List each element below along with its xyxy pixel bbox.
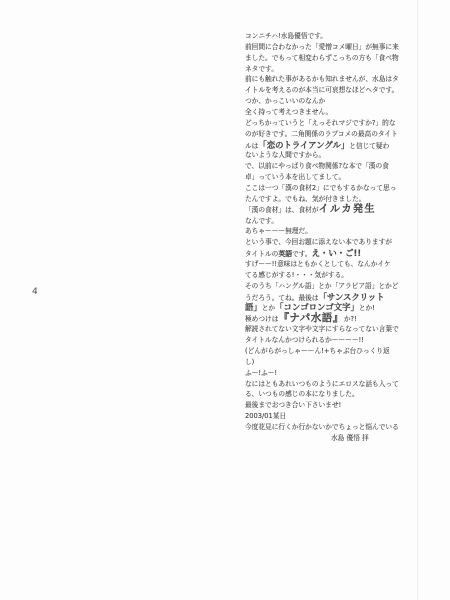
margin-mark: 4 bbox=[32, 287, 38, 297]
text-segment: タイトルなんかつけられるかーーーー!! bbox=[245, 336, 364, 344]
text-segment: 解読されてない文字や文字にすらなってない言葉で bbox=[245, 325, 399, 333]
text-segment: イトルを考えるのが本当に可哀想なほどヘタです。 bbox=[245, 86, 398, 94]
text-line: 今度花見に行くか行かないかでちょっと悩んでいる bbox=[245, 422, 411, 433]
text-line: ました。でもって相変わらずこっちの方も「食べ物 bbox=[245, 53, 411, 64]
text-segment: すげーー!!意味はともかくとしても、なんかイケ bbox=[245, 260, 391, 268]
text-segment: か?! bbox=[344, 315, 357, 323]
text-segment: とか bbox=[262, 304, 275, 312]
text-segment: なにはともあれいつものようにエロスな話も入って bbox=[245, 380, 399, 388]
text-segment: 「漢の食材」は、食材が bbox=[245, 206, 319, 214]
text-segment: そのうち「ハングル語」とか「アラビア語」とかど bbox=[245, 282, 398, 290]
text-line: のが好きです。二角関係のラブコメの最高のタイト bbox=[245, 129, 411, 140]
text-segment: 語」 bbox=[245, 302, 262, 312]
text-line: ここは一つ「漢の食材2」にでもするかなって思っ bbox=[245, 183, 411, 194]
text-segment: です。 bbox=[292, 250, 312, 258]
text-line: てる感じがする!・・・気がする。 bbox=[245, 270, 411, 281]
text-line: コンニチハ!水島優悟です。 bbox=[245, 31, 411, 42]
text-line: どっちかっていうと「えっそれマジですか?」的な bbox=[245, 118, 411, 129]
text-segment: 前にも触れた事があるかも知れませんが、水島はタ bbox=[245, 75, 399, 83]
text-line: なにはともあれいつものようにエロスな話も入って bbox=[245, 379, 411, 390]
text-line: ネタです。 bbox=[245, 64, 411, 75]
text-segment: 極めつけは bbox=[245, 315, 278, 323]
text-line: なんです。 bbox=[245, 216, 411, 227]
text-line: 水島 優悟 拝 bbox=[245, 433, 411, 444]
text-line: ルは「恋のトライアングル」と信じて疑わ bbox=[245, 140, 411, 151]
text-segment: イルカ発生 bbox=[319, 204, 377, 215]
text-segment: たんですよ。でもね、気が付きました。 bbox=[245, 195, 365, 203]
text-segment: ました。でもって相変わらずこっちの方も「食べ物 bbox=[245, 54, 399, 62]
text-segment: 全く持って考えつきません。 bbox=[245, 108, 332, 116]
afterword-text-block: コンニチハ!水島優悟です。前回間に合わなかった「愛憎コメ曜日」が無事に来ました。… bbox=[245, 31, 411, 444]
text-segment: 『ナパ水語』 bbox=[278, 312, 343, 324]
text-line: 最後までおつき合い下さいませ! bbox=[245, 400, 411, 411]
text-segment: (どんがらがっしゃーーん!+ちゃぶ台ひっくり返 bbox=[245, 347, 390, 355]
text-line: 前にも触れた事があるかも知れませんが、水島はタ bbox=[245, 74, 411, 85]
text-segment: 水島 優悟 拝 bbox=[331, 434, 369, 442]
text-segment: うだろう。てね。最後は bbox=[245, 294, 319, 302]
text-line: 卓」っていう本を出してまして。 bbox=[245, 172, 411, 183]
page-edge-line bbox=[417, 0, 418, 600]
text-segment: てる感じがする!・・・気がする。 bbox=[245, 271, 348, 279]
text-segment: タイトルの bbox=[245, 250, 278, 258]
text-segment: 卓」っていう本を出してまして。 bbox=[245, 173, 345, 181]
scanned-page: 4 コンニチハ!水島優悟です。前回間に合わなかった「愛憎コメ曜日」が無事に来まし… bbox=[0, 0, 450, 600]
text-segment: ここは一つ「漢の食材2」にでもするかなって思っ bbox=[245, 184, 396, 192]
text-segment: し) bbox=[245, 358, 254, 366]
text-segment: なんです。 bbox=[245, 217, 278, 225]
text-line: し) bbox=[245, 357, 411, 368]
text-line: 前回間に合わなかった「愛憎コメ曜日」が無事に来 bbox=[245, 42, 411, 53]
text-line: 極めつけは『ナパ水語』か?! bbox=[245, 313, 411, 324]
text-line: で、以前にやっぱり食べ物関係?な本で「漢の食 bbox=[245, 161, 411, 172]
text-line: タイトルの英語です。え・い・ご!! bbox=[245, 248, 411, 259]
text-line: ふー!ふー! bbox=[245, 368, 411, 379]
text-segment: 英語 bbox=[278, 250, 292, 258]
text-line: という事で、今回お題に添えない本でありますが bbox=[245, 237, 411, 248]
text-segment: とか! bbox=[359, 304, 375, 312]
text-segment: どっちかっていうと「えっそれマジですか?」的な bbox=[245, 119, 396, 127]
text-segment: 最後までおつき合い下さいませ! bbox=[245, 401, 341, 409]
text-line: あちゃーーー無理だ。 bbox=[245, 226, 411, 237]
text-segment: という事で、今回お題に添えない本でありますが bbox=[245, 238, 392, 246]
text-segment: と信じて疑わ bbox=[349, 142, 389, 150]
text-segment: ネタです。 bbox=[245, 65, 278, 73]
text-segment: る、いつもの感じの本になりました。 bbox=[245, 390, 359, 398]
text-line: る、いつもの感じの本になりました。 bbox=[245, 389, 411, 400]
text-line: (どんがらがっしゃーーん!+ちゃぶ台ひっくり返 bbox=[245, 346, 411, 357]
text-segment: 「恋のトライアングル」 bbox=[258, 140, 349, 150]
text-line: 全く持って考えつきません。 bbox=[245, 107, 411, 118]
text-line: 解読されてない文字や文字にすらなってない言葉で bbox=[245, 324, 411, 335]
text-line: ないような人間ですから。 bbox=[245, 150, 411, 161]
text-segment: ルは bbox=[245, 142, 258, 150]
text-segment: のが好きです。二角関係のラブコメの最高のタイト bbox=[245, 130, 398, 138]
text-segment: 「サンスクリット bbox=[319, 292, 385, 302]
text-line: つか、かっこいいのなんか bbox=[245, 96, 411, 107]
text-line: イトルを考えるのが本当に可哀想なほどヘタです。 bbox=[245, 85, 411, 96]
text-segment: あちゃーーー無理だ。 bbox=[245, 227, 312, 235]
text-segment: つか、かっこいいのなんか bbox=[245, 97, 325, 105]
afterword-lines: コンニチハ!水島優悟です。前回間に合わなかった「愛憎コメ曜日」が無事に来ました。… bbox=[245, 31, 411, 444]
text-segment: え・い・ご!! bbox=[312, 248, 362, 258]
text-line: そのうち「ハングル語」とか「アラビア語」とかど bbox=[245, 281, 411, 292]
text-segment: 前回間に合わなかった「愛憎コメ曜日」が無事に来 bbox=[245, 43, 399, 51]
text-segment: コンニチハ!水島優悟です。 bbox=[245, 32, 327, 40]
text-line: 2003/01某日 bbox=[245, 411, 411, 422]
text-line: タイトルなんかつけられるかーーーー!! bbox=[245, 335, 411, 346]
text-segment: ふー!ふー! bbox=[245, 369, 277, 377]
text-line: すげーー!!意味はともかくとしても、なんかイケ bbox=[245, 259, 411, 270]
text-segment: ないような人間ですから。 bbox=[245, 151, 325, 159]
text-line: うだろう。てね。最後は「サンスクリット bbox=[245, 292, 411, 303]
text-segment: で、以前にやっぱり食べ物関係?な本で「漢の食 bbox=[245, 162, 389, 170]
text-segment: 「コンゴロンゴ文字」 bbox=[275, 302, 359, 312]
text-segment: 今度花見に行くか行かないかでちょっと悩んでいる bbox=[245, 423, 399, 431]
text-segment: 2003/01某日 bbox=[245, 412, 286, 420]
text-line: 「漢の食材」は、食材がイルカ発生 bbox=[245, 205, 411, 216]
